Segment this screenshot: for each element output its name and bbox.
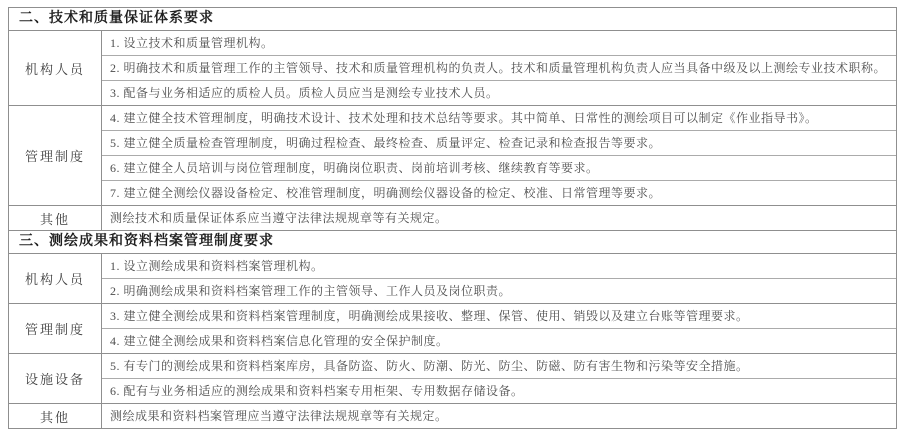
requirement-item: 7. 建立健全测绘仪器设备检定、校准管理制度，明确测绘仪器设备的检定、校准、日常… <box>102 181 896 205</box>
table-row-group: 其他 测绘成果和资料档案管理应当遵守法律法规规章等有关规定。 <box>9 404 896 428</box>
row-group-label: 设施设备 <box>9 354 102 403</box>
section-groups: 机构人员 1. 设立测绘成果和资料档案管理机构。 2. 明确测绘成果和资料档案管… <box>9 254 896 428</box>
row-group-label: 其他 <box>9 404 102 428</box>
row-group-label: 机构人员 <box>9 254 102 303</box>
row-group-items: 3. 建立健全测绘成果和资料档案管理制度，明确测绘成果接收、整理、保管、使用、销… <box>102 304 896 353</box>
requirement-item: 测绘成果和资料档案管理应当遵守法律法规规章等有关规定。 <box>102 404 896 428</box>
row-group-items: 测绘成果和资料档案管理应当遵守法律法规规章等有关规定。 <box>102 404 896 428</box>
row-group-items: 1. 设立测绘成果和资料档案管理机构。 2. 明确测绘成果和资料档案管理工作的主… <box>102 254 896 303</box>
table-row-group: 管理制度 4. 建立健全技术管理制度，明确技术设计、技术处理和技术总结等要求。其… <box>9 106 896 206</box>
requirement-item: 5. 建立健全质量检查管理制度，明确过程检查、最终检查、质量评定、检查记录和检查… <box>102 131 896 156</box>
requirement-item: 3. 建立健全测绘成果和资料档案管理制度，明确测绘成果接收、整理、保管、使用、销… <box>102 304 896 329</box>
section: 二、技术和质量保证体系要求 机构人员 1. 设立技术和质量管理机构。 2. 明确… <box>9 8 896 231</box>
table-row-group: 其他 测绘技术和质量保证体系应当遵守法律法规规章等有关规定。 <box>9 206 896 231</box>
row-group-label: 机构人员 <box>9 31 102 105</box>
requirement-item: 6. 建立健全人员培训与岗位管理制度，明确岗位职责、岗前培训考核、继续教育等要求… <box>102 156 896 181</box>
table-row-group: 设施设备 5. 有专门的测绘成果和资料档案库房，具备防盗、防火、防潮、防光、防尘… <box>9 354 896 404</box>
table-row-group: 机构人员 1. 设立技术和质量管理机构。 2. 明确技术和质量管理工作的主管领导… <box>9 31 896 106</box>
requirements-table: 二、技术和质量保证体系要求 机构人员 1. 设立技术和质量管理机构。 2. 明确… <box>8 7 897 429</box>
requirement-item: 3. 配备与业务相适应的质检人员。质检人员应当是测绘专业技术人员。 <box>102 81 896 105</box>
section-title: 三、测绘成果和资料档案管理制度要求 <box>9 231 896 254</box>
table-row-group: 机构人员 1. 设立测绘成果和资料档案管理机构。 2. 明确测绘成果和资料档案管… <box>9 254 896 304</box>
section: 三、测绘成果和资料档案管理制度要求 机构人员 1. 设立测绘成果和资料档案管理机… <box>9 231 896 428</box>
row-group-items: 4. 建立健全技术管理制度，明确技术设计、技术处理和技术总结等要求。其中简单、日… <box>102 106 896 205</box>
section-groups: 机构人员 1. 设立技术和质量管理机构。 2. 明确技术和质量管理工作的主管领导… <box>9 31 896 231</box>
requirement-item: 5. 有专门的测绘成果和资料档案库房，具备防盗、防火、防潮、防光、防尘、防磁、防… <box>102 354 896 379</box>
requirement-item: 4. 建立健全技术管理制度，明确技术设计、技术处理和技术总结等要求。其中简单、日… <box>102 106 896 131</box>
requirement-item: 4. 建立健全测绘成果和资料档案信息化管理的安全保护制度。 <box>102 329 896 353</box>
section-title: 二、技术和质量保证体系要求 <box>9 8 896 31</box>
row-group-label: 管理制度 <box>9 106 102 205</box>
row-group-label: 其他 <box>9 206 102 230</box>
requirement-item: 6. 配有与业务相适应的测绘成果和资料档案专用柜架、专用数据存储设备。 <box>102 379 896 403</box>
row-group-items: 5. 有专门的测绘成果和资料档案库房，具备防盗、防火、防潮、防光、防尘、防磁、防… <box>102 354 896 403</box>
requirement-item: 2. 明确技术和质量管理工作的主管领导、技术和质量管理机构的负责人。技术和质量管… <box>102 56 896 81</box>
requirement-item: 测绘技术和质量保证体系应当遵守法律法规规章等有关规定。 <box>102 206 896 230</box>
row-group-label: 管理制度 <box>9 304 102 353</box>
requirement-item: 1. 设立技术和质量管理机构。 <box>102 31 896 56</box>
requirement-item: 2. 明确测绘成果和资料档案管理工作的主管领导、工作人员及岗位职责。 <box>102 279 896 303</box>
document-page: 二、技术和质量保证体系要求 机构人员 1. 设立技术和质量管理机构。 2. 明确… <box>0 0 903 435</box>
table-row-group: 管理制度 3. 建立健全测绘成果和资料档案管理制度，明确测绘成果接收、整理、保管… <box>9 304 896 354</box>
row-group-items: 测绘技术和质量保证体系应当遵守法律法规规章等有关规定。 <box>102 206 896 230</box>
row-group-items: 1. 设立技术和质量管理机构。 2. 明确技术和质量管理工作的主管领导、技术和质… <box>102 31 896 105</box>
requirement-item: 1. 设立测绘成果和资料档案管理机构。 <box>102 254 896 279</box>
